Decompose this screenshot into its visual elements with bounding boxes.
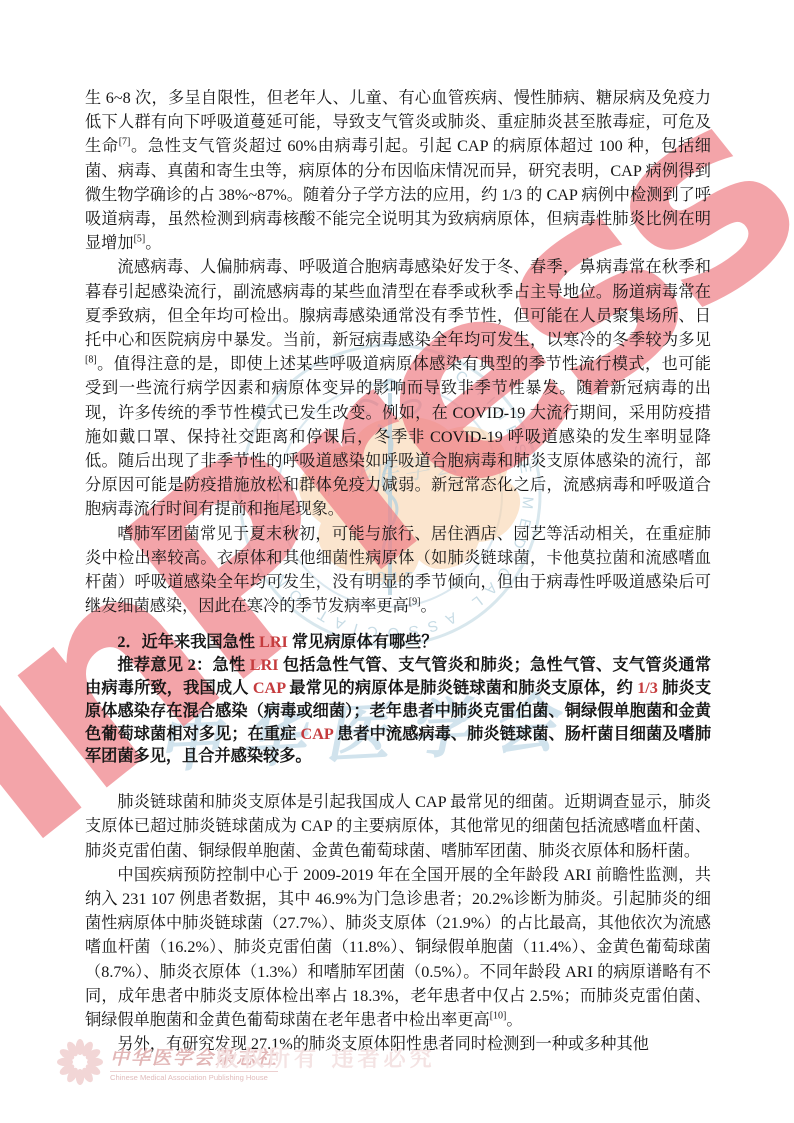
cma-flower-icon [56, 1038, 104, 1086]
heading-question-2: 2．近年来我国急性 LRI 常见病原体有哪些？ [85, 631, 711, 654]
article-body: 生 6~8 次，多呈自限性，但老年人、儿童、有心血管疾病、慢性肺病、糖尿病及免疫… [85, 86, 711, 1056]
paragraph-seasonality: 流感病毒、人偏肺病毒、呼吸道合胞病毒感染好发于冬、春季，鼻病毒常在秋季和暮春引起… [85, 255, 711, 521]
copyright-stamp-watermark: 版权所有 违者必究 [216, 1042, 436, 1073]
paragraph-cdc-surveillance: 中国疾病预防控制中心于 2009-2019 年在全国开展的全年龄段 ARI 前瞻… [85, 863, 711, 1032]
page-footer: 中华医学会杂志社 Chinese Medical Association Pub… [0, 1036, 794, 1096]
publisher-name-en: Chinese Medical Association Publishing H… [110, 1073, 278, 1082]
paragraph-cap-bacteria: 肺炎链球菌和肺炎支原体是引起我国成人 CAP 最常见的细菌。近期调查显示，肺炎支… [85, 790, 711, 863]
paragraph-viral-etiology: 生 6~8 次，多呈自限性，但老年人、儿童、有心血管疾病、慢性肺病、糖尿病及免疫… [85, 86, 711, 255]
paragraph-legionella: 嗜肺军团菌常见于夏末秋初，可能与旅行、居住酒店、园艺等活动相关，在重症肺炎中检出… [85, 522, 711, 619]
recommendation-2: 推荐意见 2：急性 LRI 包括急性气管、支气管炎和肺炎；急性气管、支气管炎通常… [85, 654, 711, 768]
document-page: CHINESE MEDICAL ASSOCIATION 1915 中华医学会 中… [0, 0, 794, 1123]
